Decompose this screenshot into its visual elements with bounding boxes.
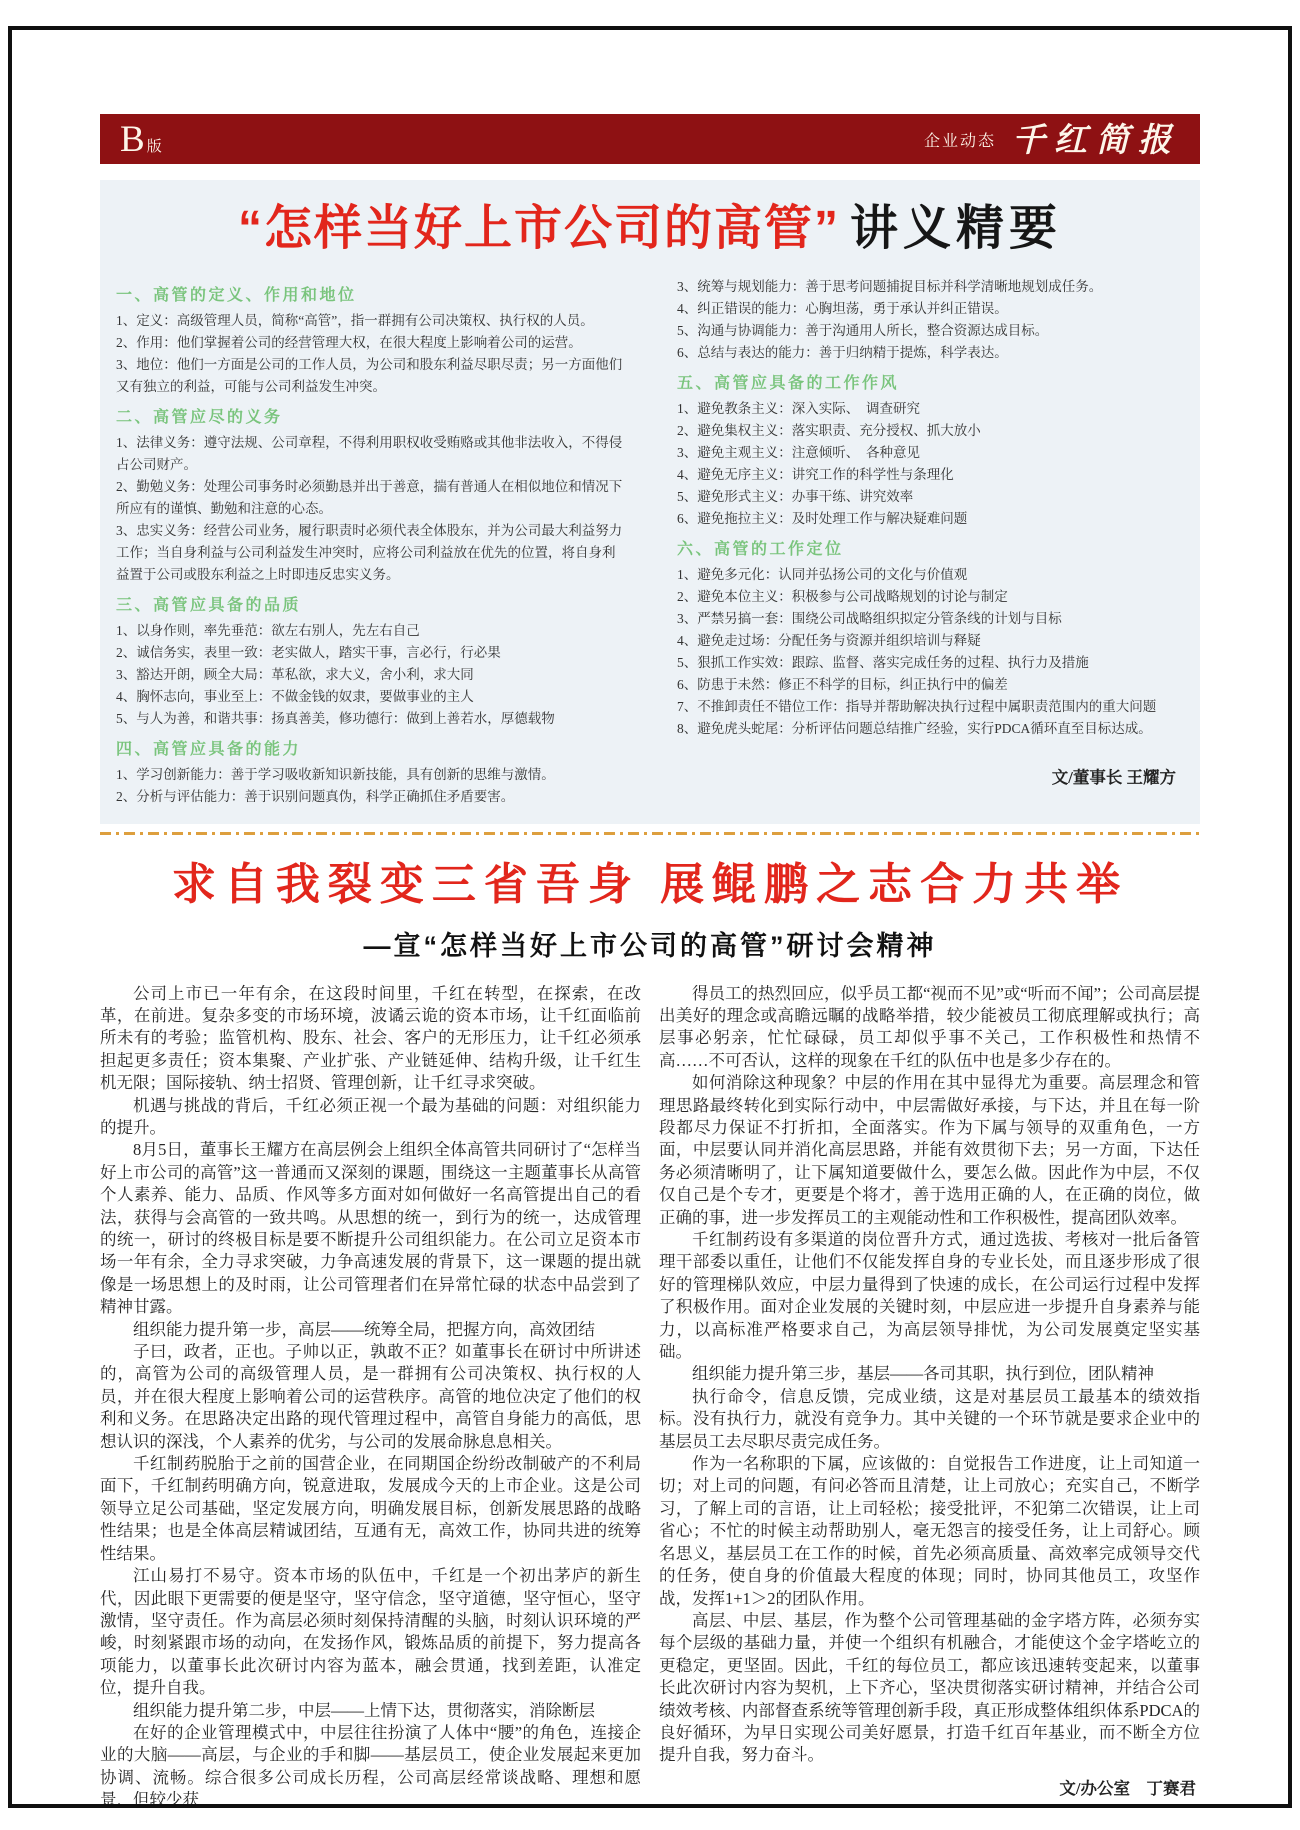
edition-suffix: 版 [147, 135, 162, 156]
paragraph: 公司上市已一年有余，在这段时间里，千红在转型，在探索，在改革，在前进。复杂多变的… [100, 983, 641, 1095]
list-item: 4、避免无序主义：讲究工作的科学性与条理化 [677, 464, 1184, 486]
paragraph: 子曰，政者，正也。子帅以正，孰敢不正？如董事长在研讨中所讲述的，高管为公司的高级… [100, 1341, 641, 1453]
dashed-divider [100, 832, 1200, 835]
list-item: 1、学习创新能力：善于学习吸收新知识新技能，具有创新的思维与激情。 [116, 764, 623, 786]
list-item: 3、统筹与规划能力：善于思考问题捕捉目标并科学清晰地规划成任务。 [677, 276, 1184, 298]
paragraph: 在好的企业管理模式中，中层往往扮演了人体中“腰”的角色，连接企业的大脑——高层，… [100, 1722, 641, 1808]
list-item: 4、胸怀志向，事业至上：不做金钱的奴隶，要做事业的主人 [116, 686, 623, 708]
paragraph: 江山易打不易守。资本市场的队伍中，千红是一个初出茅庐的新生代，因此眼下更需要的便… [100, 1565, 641, 1699]
list-item: 2、勤勉义务：处理公司事务时必须勤恳并出于善意，揣有普通人在相似地位和情况下所应… [116, 476, 623, 520]
page-border: B 版 企业动态 千红简报 “怎样当好上市公司的高管”讲义精要 一、高管的定义、… [8, 26, 1292, 1808]
list-item: 2、作用：他们掌握着公司的经营管理大权，在很大程度上影响着公司的运营。 [116, 332, 623, 354]
list-item: 1、避免多元化：认同并弘扬公司的文化与价值观 [677, 564, 1184, 586]
article2-right-blocks: 得员工的热烈回应，似乎员工都“视而不见”或“听而不闻”；公司高层提出美好的理念或… [659, 983, 1200, 1767]
section-heading: 三、高管应具备的品质 [116, 595, 623, 616]
article2-title: 求自我裂变三省吾身 展鲲鹏之志合力共举 [100, 859, 1200, 912]
paragraph: 千红制药脱胎于之前的国营企业，在同期国企纷纷改制破产的不利局面下，千红制药明确方… [100, 1453, 641, 1565]
edition-label: B 版 [120, 121, 162, 158]
article1-right-blocks: 3、统筹与规划能力：善于思考问题捕捉目标并科学清晰地规划成任务。4、纠正错误的能… [677, 276, 1184, 740]
article-seminar-spirit: 求自我裂变三省吾身 展鲲鹏之志合力共举 —宣“怎样当好上市公司的高管”研讨会精神… [100, 859, 1200, 1808]
list-item: 3、豁达开朗，顾全大局：革私欲，求大义，舍小利，求大同 [116, 664, 623, 686]
section-heading: 四、高管应具备的能力 [116, 739, 623, 760]
article2-subtitle: —宣“怎样当好上市公司的高管”研讨会精神 [100, 924, 1200, 963]
list-item: 1、避免教条主义：深入实际、 调查研究 [677, 398, 1184, 420]
paragraph: 如何消除这种现象？中层的作用在其中显得尤为重要。高层理念和管理思路最终转化到实际… [659, 1072, 1200, 1229]
list-item: 1、定义：高级管理人员，简称“高管”，指一群拥有公司决策权、执行权的人员。 [116, 310, 623, 332]
paragraph: 作为一名称职的下属，应该做的：自觉报告工作进度，让上司知道一切；对上司的问题，有… [659, 1453, 1200, 1610]
list-item: 6、总结与表达的能力：善于归纳精于提炼，科学表达。 [677, 342, 1184, 364]
article2-columns: 公司上市已一年有余，在这段时间里，千红在转型，在探索，在改革，在前进。复杂多变的… [100, 983, 1200, 1808]
paragraph: 千红制药设有多渠道的岗位晋升方式，通过选拔、考核对一批后备管理干部委以重任，让他… [659, 1229, 1200, 1363]
section-heading: 一、高管的定义、作用和地位 [116, 285, 623, 306]
paragraph: 机遇与挑战的背后，千红必须正视一个最为基础的问题：对组织能力的提升。 [100, 1095, 641, 1140]
article1-byline: 文/董事长 王耀方 [677, 764, 1184, 788]
list-item: 3、地位：他们一方面是公司的工作人员，为公司和股东利益尽职尽责；另一方面他们又有… [116, 354, 623, 398]
article2-left-column: 公司上市已一年有余，在这段时间里，千红在转型，在探索，在改革，在前进。复杂多变的… [100, 983, 641, 1808]
list-item: 5、狠抓工作实效：跟踪、监督、落实完成任务的过程、执行力及措施 [677, 652, 1184, 674]
list-item: 4、避免走过场：分配任务与资源并组织培训与释疑 [677, 630, 1184, 652]
section-heading: 五、高管应具备的工作作风 [677, 373, 1184, 394]
list-item: 2、诚信务实，表里一致：老实做人，踏实干事，言必行，行必果 [116, 642, 623, 664]
list-item: 3、忠实义务：经营公司业务，履行职责时必须代表全体股东，并为公司最大利益努力工作… [116, 520, 623, 586]
masthead-title: 千红简报 [1012, 123, 1180, 156]
article1-title-suffix: 讲义精要 [850, 202, 1062, 255]
article2-byline: 文/办公室 丁赛君 [659, 1775, 1200, 1799]
article2-right-column: 得员工的热烈回应，似乎员工都“视而不见”或“听而不闻”；公司高层提出美好的理念或… [659, 983, 1200, 1808]
article1-title: “怎样当好上市公司的高管”讲义精要 [112, 202, 1188, 256]
article1-right-column: 3、统筹与规划能力：善于思考问题捕捉目标并科学清晰地规划成任务。4、纠正错误的能… [677, 276, 1184, 808]
paragraph: 组织能力提升第三步，基层——各司其职，执行到位，团队精神 [659, 1363, 1200, 1385]
list-item: 1、法律义务：遵守法规、公司章程，不得利用职权收受贿赂或其他非法收入，不得侵占公… [116, 432, 623, 476]
list-item: 5、沟通与协调能力：善于沟通用人所长，整合资源达成目标。 [677, 320, 1184, 342]
article1-columns: 一、高管的定义、作用和地位1、定义：高级管理人员，简称“高管”，指一群拥有公司决… [112, 276, 1188, 808]
edition-letter: B [120, 121, 145, 158]
list-item: 3、严禁另搞一套：围绕公司战略组织拟定分管条线的计划与目标 [677, 608, 1184, 630]
list-item: 5、与人为善，和谐共事：扬真善美，修功德行：做到上善若水，厚德载物 [116, 708, 623, 730]
article-lecture-notes: “怎样当好上市公司的高管”讲义精要 一、高管的定义、作用和地位1、定义：高级管理… [100, 180, 1200, 824]
paragraph: 得员工的热烈回应，似乎员工都“视而不见”或“听而不闻”；公司高层提出美好的理念或… [659, 983, 1200, 1073]
list-item: 8、避免虎头蛇尾：分析评估问题总结推广经验，实行PDCA循环直至目标达成。 [677, 718, 1184, 740]
section-heading: 六、高管的工作定位 [677, 539, 1184, 560]
list-item: 3、避免主观主义：注意倾听、 各种意见 [677, 442, 1184, 464]
list-item: 4、纠正错误的能力：心胸坦荡，勇于承认并纠正错误。 [677, 298, 1184, 320]
header-bar: B 版 企业动态 千红简报 [100, 114, 1200, 164]
list-item: 6、防患于未然：修正不科学的目标，纠正执行中的偏差 [677, 674, 1184, 696]
paragraph: 执行命令，信息反馈，完成业绩，这是对基层员工最基本的绩效指标。没有执行力，就没有… [659, 1386, 1200, 1453]
masthead-right: 企业动态 千红简报 [924, 123, 1180, 156]
paragraph: 高层、中层、基层，作为整个公司管理基础的金字塔方阵，必须夯实每个层级的基础力量，… [659, 1610, 1200, 1767]
paragraph: 组织能力提升第二步，中层——上情下达，贯彻落实，消除断层 [100, 1700, 641, 1722]
list-item: 1、以身作则，率先垂范：欲左右别人，先左右自己 [116, 620, 623, 642]
list-item: 2、避免本位主义：积极参与公司战略规划的讨论与制定 [677, 586, 1184, 608]
paragraph: 组织能力提升第一步，高层——统筹全局，把握方向，高效团结 [100, 1319, 641, 1341]
newspaper-page: B 版 企业动态 千红简报 “怎样当好上市公司的高管”讲义精要 一、高管的定义、… [12, 30, 1288, 1808]
section-heading: 二、高管应尽的义务 [116, 407, 623, 428]
list-item: 5、避免形式主义：办事干练、讲究效率 [677, 486, 1184, 508]
list-item: 6、避免拖拉主义：及时处理工作与解决疑难问题 [677, 508, 1184, 530]
list-item: 2、分析与评估能力：善于识别问题真伪，科学正确抓住矛盾要害。 [116, 786, 623, 808]
article1-title-quoted: “怎样当好上市公司的高管” [238, 202, 840, 255]
paragraph: 8月5日，董事长王耀方在高层例会上组织全体高管共同研讨了“怎样当好上市公司的高管… [100, 1139, 641, 1318]
list-item: 7、不推卸责任不错位工作：指导并帮助解决执行过程中属职责范围内的重大问题 [677, 696, 1184, 718]
article1-left-column: 一、高管的定义、作用和地位1、定义：高级管理人员，简称“高管”，指一群拥有公司决… [116, 276, 623, 808]
list-item: 2、避免集权主义：落实职责、充分授权、抓大放小 [677, 420, 1184, 442]
header-category: 企业动态 [924, 128, 996, 151]
